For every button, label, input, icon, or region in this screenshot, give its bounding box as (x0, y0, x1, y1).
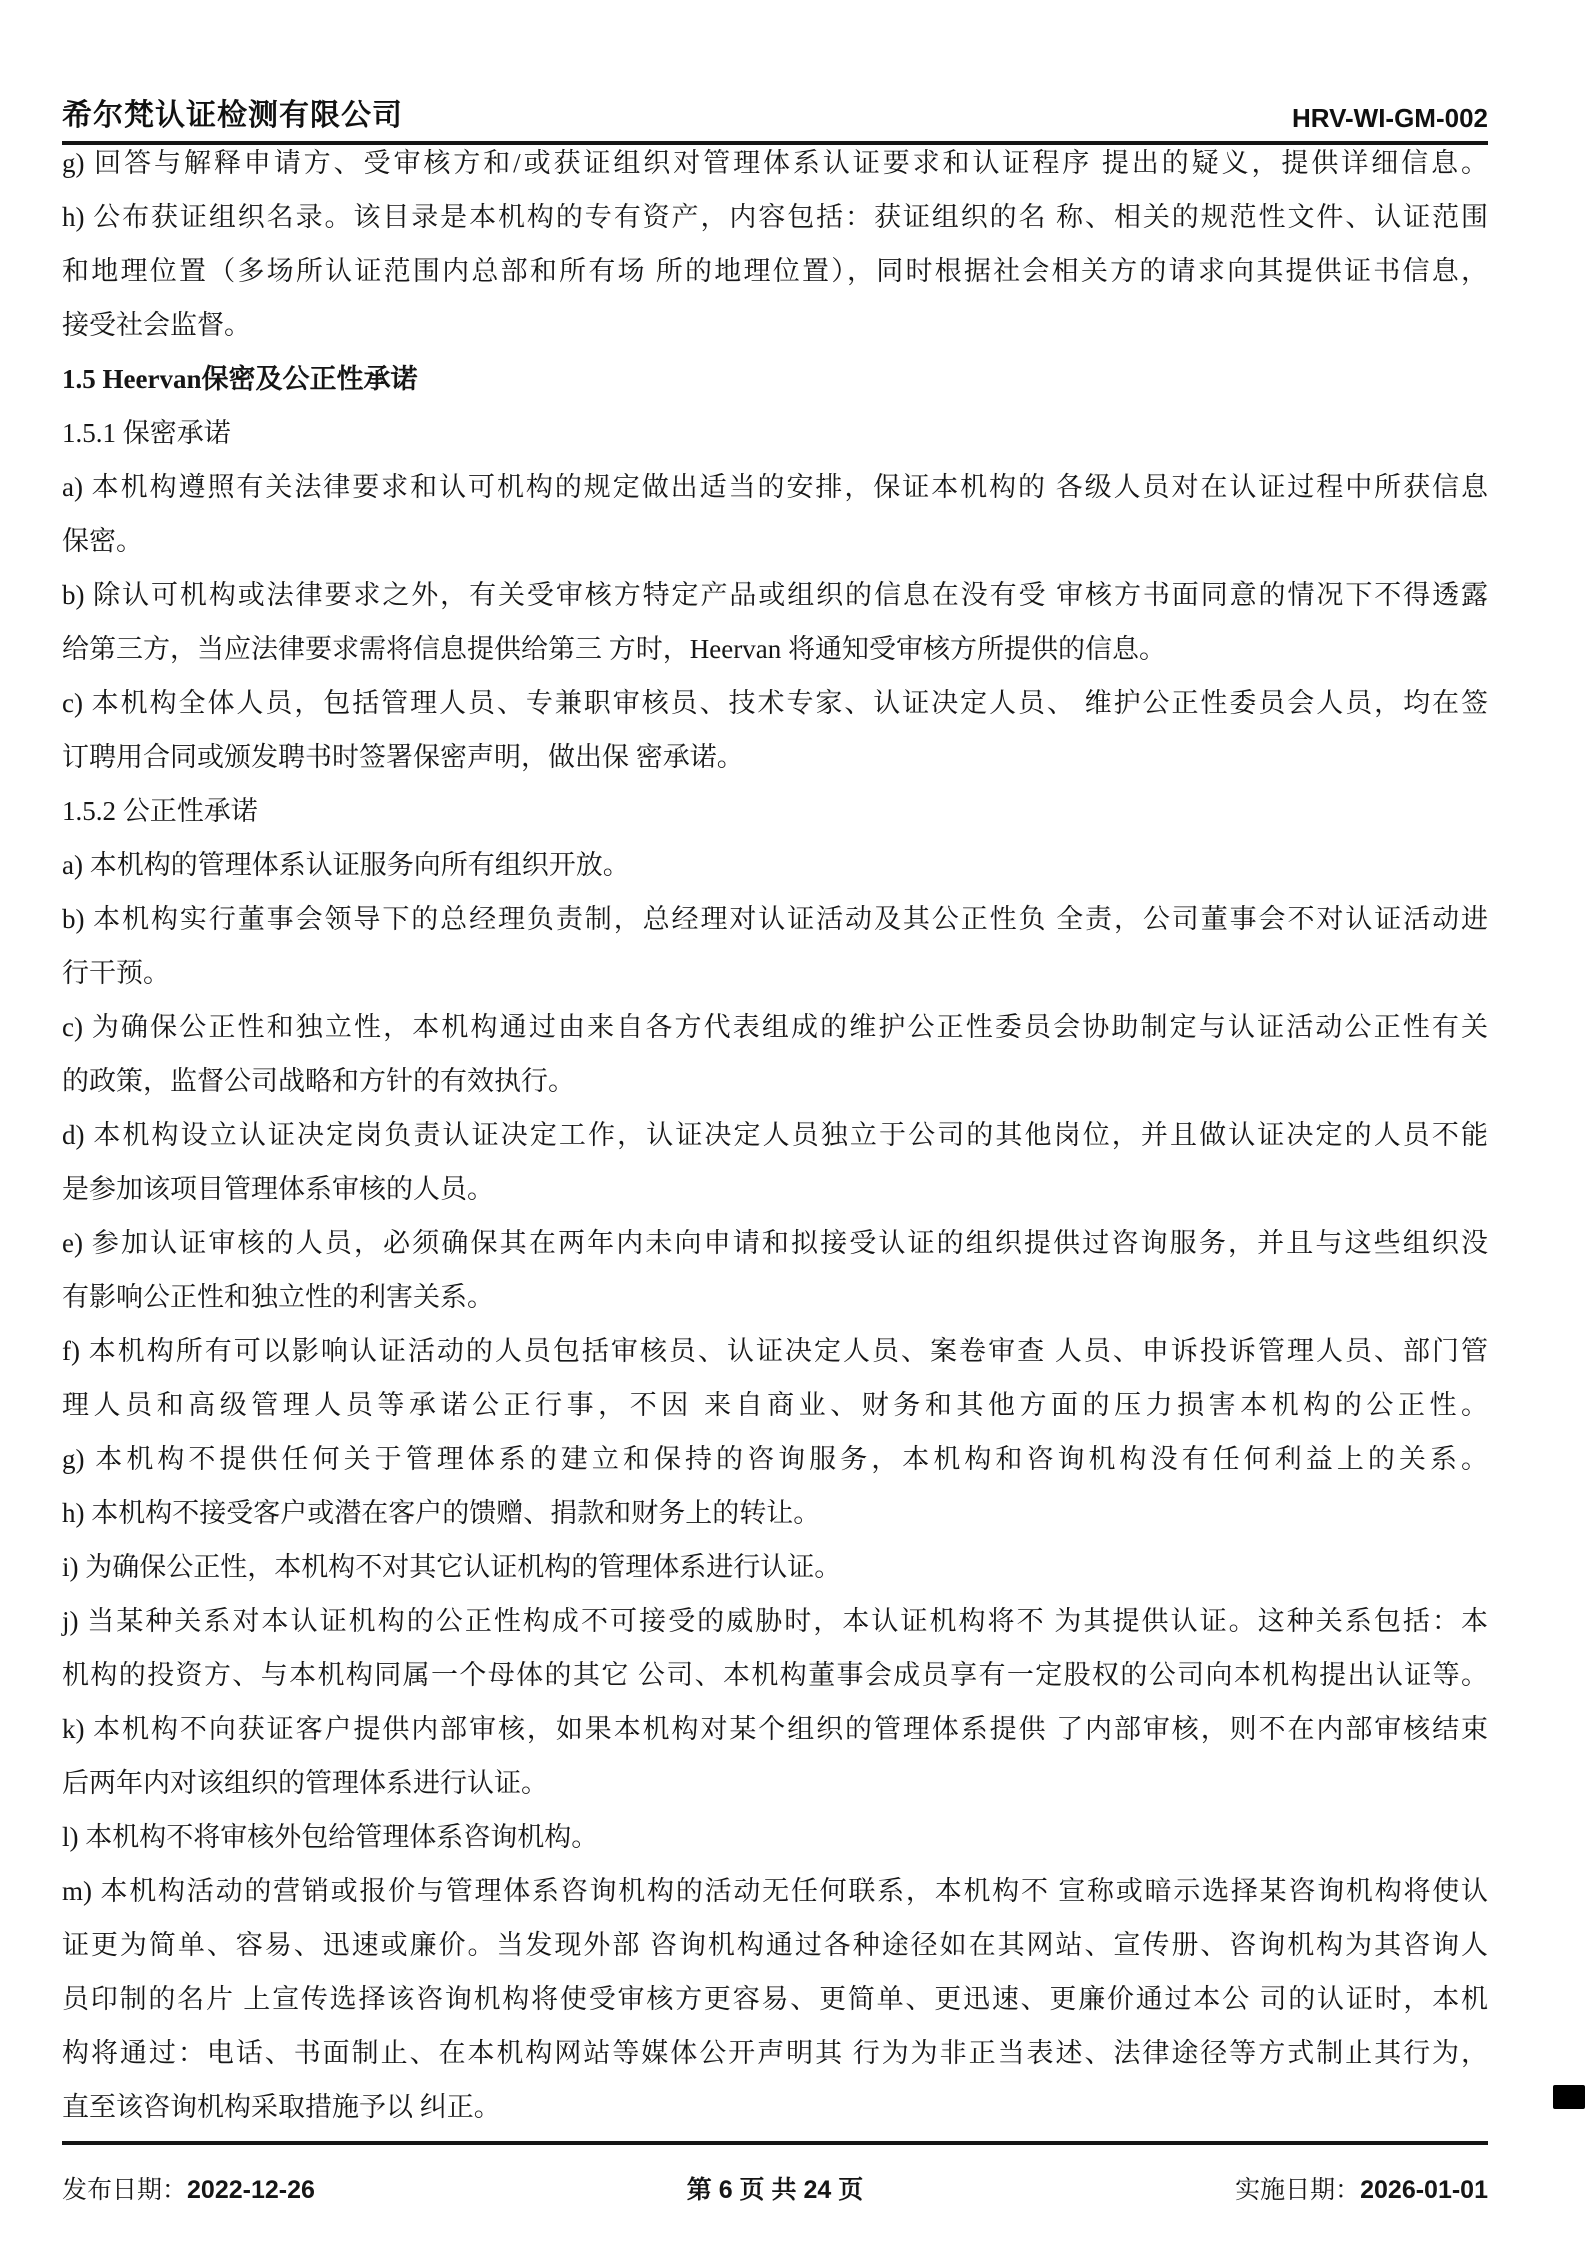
body-line: a) 本机构的管理体系认证服务向所有组织开放。 (62, 838, 1488, 892)
release-date: 发布日期：2022-12-26 (62, 2170, 315, 2206)
body-line: 后两年内对该组织的管理体系进行认证。 (62, 1756, 1488, 1810)
body-line: 机构的投资方、与本机构同属一个母体的其它 公司、本机构董事会成员享有一定股权的公… (62, 1648, 1488, 1702)
subsection-heading-1-5-1: 1.5.1 保密承诺 (62, 406, 1488, 460)
subsection-heading-1-5-2: 1.5.2 公正性承诺 (62, 784, 1488, 838)
body-line: 直至该咨询机构采取措施予以 纠正。 (62, 2080, 1488, 2134)
body-line: 员印制的名片 上宣传选择该咨询机构将使受审核方更容易、更简单、更迅速、更廉价通过… (62, 1972, 1488, 2026)
body-line: d) 本机构设立认证决定岗负责认证决定工作，认证决定人员独立于公司的其他岗位，并… (62, 1108, 1488, 1162)
body-line: c) 本机构全体人员，包括管理人员、专兼职审核员、技术专家、认证决定人员、 维护… (62, 676, 1488, 730)
body-line: 保密。 (62, 514, 1488, 568)
body-line: 和地理位置（多场所认证范围内总部和所有场 所的地理位置），同时根据社会相关方的请… (62, 244, 1488, 298)
body-line: f) 本机构所有可以影响认证活动的人员包括审核员、认证决定人员、案卷审查 人员、… (62, 1324, 1488, 1378)
body-line: 构将通过：电话、书面制止、在本机构网站等媒体公开声明其 行为为非正当表述、法律途… (62, 2026, 1488, 2080)
body-line: 有影响公正性和独立性的利害关系。 (62, 1270, 1488, 1324)
page-footer: 发布日期：2022-12-26 第 6 页 共 24 页 实施日期：2026-0… (62, 2166, 1488, 2210)
body-line: m) 本机构活动的营销或报价与管理体系咨询机构的活动无任何联系，本机构不 宣称或… (62, 1864, 1488, 1918)
document-page: { "header": { "company": "希尔梵认证检测有限公司", … (0, 0, 1589, 2245)
document-body: g) 回答与解释申请方、受审核方和/或获证组织对管理体系认证要求和认证程序 提出… (62, 136, 1488, 2134)
body-line: l) 本机构不将审核外包给管理体系咨询机构。 (62, 1810, 1488, 1864)
document-code: HRV-WI-GM-002 (1292, 103, 1488, 134)
implementation-date: 实施日期：2026-01-01 (1235, 2170, 1488, 2206)
company-name: 希尔梵认证检测有限公司 (62, 90, 403, 134)
body-line: 给第三方，当应法律要求需将信息提供给第三 方时，Heervan 将通知受审核方所… (62, 622, 1488, 676)
body-line: h) 公布获证组织名录。该目录是本机构的专有资产，内容包括：获证组织的名 称、相… (62, 190, 1488, 244)
body-line: a) 本机构遵照有关法律要求和认可机构的规定做出适当的安排，保证本机构的 各级人… (62, 460, 1488, 514)
body-line: e) 参加认证审核的人员，必须确保其在两年内未向申请和拟接受认证的组织提供过咨询… (62, 1216, 1488, 1270)
implementation-date-value: 2026-01-01 (1360, 2176, 1488, 2204)
body-line: g) 本机构不提供任何关于管理体系的建立和保持的咨询服务，本机构和咨询机构没有任… (62, 1432, 1488, 1486)
body-line: 证更为简单、容易、迅速或廉价。当发现外部 咨询机构通过各种途径如在其网站、宣传册… (62, 1918, 1488, 1972)
body-line: i) 为确保公正性，本机构不对其它认证机构的管理体系进行认证。 (62, 1540, 1488, 1594)
release-date-value: 2022-12-26 (187, 2176, 315, 2204)
body-line: k) 本机构不向获证客户提供内部审核，如果本机构对某个组织的管理体系提供 了内部… (62, 1702, 1488, 1756)
body-line: 理人员和高级管理人员等承诺公正行事，不因 来自商业、财务和其他方面的压力损害本机… (62, 1378, 1488, 1432)
body-line: b) 除认可机构或法律要求之外，有关受审核方特定产品或组织的信息在没有受 审核方… (62, 568, 1488, 622)
body-line: h) 本机构不接受客户或潜在客户的馈赠、捐款和财务上的转让。 (62, 1486, 1488, 1540)
page-number-text: 第 6 页 共 24 页 (687, 2176, 863, 2204)
body-line: b) 本机构实行董事会领导下的总经理负责制，总经理对认证活动及其公正性负 全责，… (62, 892, 1488, 946)
body-line: 的政策，监督公司战略和方针的有效执行。 (62, 1054, 1488, 1108)
body-line: 行干预。 (62, 946, 1488, 1000)
body-line: g) 回答与解释申请方、受审核方和/或获证组织对管理体系认证要求和认证程序 提出… (62, 136, 1488, 190)
implementation-date-label: 实施日期： (1235, 2177, 1360, 2204)
section-heading-1-5: 1.5 Heervan保密及公正性承诺 (62, 352, 1488, 406)
body-line: c) 为确保公正性和独立性，本机构通过由来自各方代表组成的维护公正性委员会协助制… (62, 1000, 1488, 1054)
body-line: 接受社会监督。 (62, 298, 1488, 352)
body-line: 是参加该项目管理体系审核的人员。 (62, 1162, 1488, 1216)
body-line: 订聘用合同或颁发聘书时签署保密声明，做出保 密承诺。 (62, 730, 1488, 784)
footer-divider (62, 2141, 1488, 2145)
body-line: j) 当某种关系对本认证机构的公正性构成不可接受的威胁时，本认证机构将不 为其提… (62, 1594, 1488, 1648)
scan-artifact-mark (1553, 2085, 1585, 2109)
release-date-label: 发布日期： (62, 2177, 187, 2204)
